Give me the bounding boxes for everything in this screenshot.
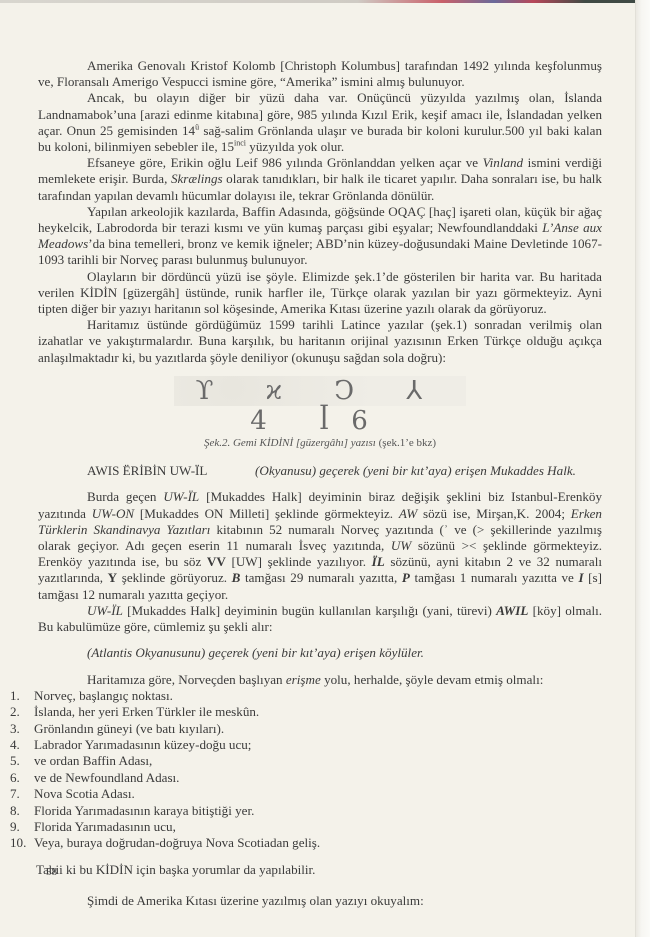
closing-transition: Şimdi de Amerika Kıtası üzerine yazılmış…: [87, 893, 602, 909]
list-item: 8.Florida Yarımadasının karaya bitiştiği…: [38, 803, 602, 819]
transcription-translation: (Okyanusu) geçerek (yeni bir kıt’aya) er…: [255, 463, 576, 479]
paragraph-archaeology: Yapılan arkeolojik kazılarda, Baffin Ada…: [38, 204, 602, 269]
list-item: 7.Nova Scotia Adası.: [38, 786, 602, 802]
route-list: 1.Norveç, başlangıç noktası. 2.İslanda, …: [38, 688, 602, 852]
paragraph-uw-il: Burda geçen UW-ÏL [Mukaddes Halk] deyimi…: [38, 489, 602, 602]
list-item: 6.ve de Newfoundland Adası.: [38, 770, 602, 786]
transcription-line: AWIS ËRİBİN UW-ÏL (Okyanusu) geçerek (ye…: [87, 463, 602, 479]
scan-top-edge: [0, 0, 650, 3]
paragraph-landnamabok: Ancak, bu olayın diğer bir yüzü daha var…: [38, 90, 602, 155]
transcription-runic: AWIS ËRİBİN UW-ÏL: [87, 463, 255, 479]
paragraph-leif: Efsaneye göre, Erikin oğlu Leif 986 yılı…: [38, 155, 602, 204]
page-gutter-edge: [635, 0, 650, 937]
list-item: 9.Florida Yarımadasının ucu,: [38, 819, 602, 835]
paragraph-route-intro: Haritamıza göre, Norveçden başlıyan eriş…: [38, 672, 602, 688]
list-item: 4.Labrador Yarımadasının küzey-doğu ucu;: [38, 737, 602, 753]
revised-sentence: (Atlantis Okyanusunu) geçerek (yeni bir …: [87, 645, 602, 661]
book-page: Amerika Genovalı Kristof Kolomb [Christo…: [38, 58, 602, 909]
list-item: 2.İslanda, her yeri Erken Türkler ile me…: [38, 704, 602, 720]
closing-remark: Tabii ki bu KİDİN için başka yorumlar da…: [36, 862, 602, 878]
rune-inscription-image: ϒ ϰ Ͻ ⅄ 4 ꟾ6: [174, 376, 466, 406]
paragraph-map: Olayların bir dördüncü yüzü ise şöyle. E…: [38, 269, 602, 318]
rune-figure: ϒ ϰ Ͻ ⅄ 4 ꟾ6 Şek.2. Gemi KİDİNİ [güzergâ…: [38, 376, 602, 451]
figure-caption: Şek.2. Gemi KİDİNİ [güzergâhı] yazısı (ş…: [38, 435, 602, 451]
list-item: 1.Norveç, başlangıç noktası.: [38, 688, 602, 704]
list-item: 5.ve ordan Baffin Adası,: [38, 753, 602, 769]
paragraph-awil: UW-ÏL [Mukaddes Halk] deyiminin bugün ku…: [38, 603, 602, 635]
list-item: 3.Grönlandın güneyi (ve batı kıyıları).: [38, 721, 602, 737]
list-item: 10.Veya, buraya doğrudan-doğruya Nova Sc…: [38, 835, 602, 851]
paragraph-columbus: Amerika Genovalı Kristof Kolomb [Christo…: [38, 58, 602, 90]
paragraph-latin: Haritamız üstünde gördüğümüz 1599 tarihl…: [38, 317, 602, 366]
page-number: 58: [46, 866, 57, 878]
